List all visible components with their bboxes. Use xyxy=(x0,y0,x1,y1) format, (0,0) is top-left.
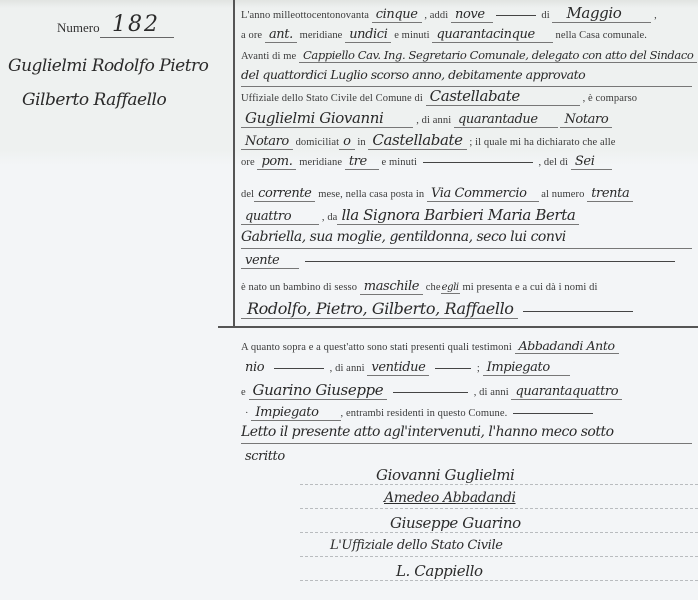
signature-witness-1: Amedeo Abbadandi xyxy=(384,490,516,506)
body-line-2: a ore ant. meridiane undici e minuti qua… xyxy=(241,24,694,45)
body-line-5: Uffiziale dello Stato Civile del Comune … xyxy=(241,86,694,107)
section-divider-horizontal xyxy=(218,326,698,328)
margin-name-line2: Gilberto Raffaello xyxy=(22,90,166,110)
year-handwritten: cinque xyxy=(372,7,422,23)
body-line-9: delcorrente mese, nella casa posta in Vi… xyxy=(241,183,694,204)
body-line-8: ore pom. meridiane tre e minuti , del dì… xyxy=(241,151,694,172)
signature-officer: L. Cappiello xyxy=(396,562,483,580)
body-line-7: Notaro domiciliato in Castellabate ; il … xyxy=(241,130,694,151)
witness2-name: Guarino Giuseppe xyxy=(249,381,388,400)
numero-label: Numero xyxy=(57,20,100,36)
document-page: Numero 182 Guglielmi Rodolfo Pietro Gilb… xyxy=(0,0,698,600)
body-line-20: scritto xyxy=(241,446,694,467)
comune-handwritten: Castellabate xyxy=(426,87,580,106)
body-line-14: Rodolfo, Pietro, Gilberto, Raffaello xyxy=(241,298,694,319)
body-line-18: · Impiegato, entrambi residenti in quest… xyxy=(241,402,694,423)
body-line-16: nio , di anni ventidue ; Impiegato xyxy=(241,357,694,378)
day-handwritten: nove xyxy=(451,7,493,23)
column-divider-vertical xyxy=(233,0,235,327)
body-line-4: del quattordici Luglio scorso anno, debi… xyxy=(241,64,692,87)
body-line-12: vente xyxy=(241,250,694,271)
body-line-17: e Guarino Giuseppe , di anni quarantaqua… xyxy=(241,380,694,401)
signature-officer-title: L'Uffiziale dello Stato Civile xyxy=(330,538,503,553)
signature-declarant: Giovanni Guglielmi xyxy=(376,466,514,484)
body-line-15: A quanto sopra e a quest'atto sono stati… xyxy=(241,335,694,356)
witness1-name: Abbadandi Anto xyxy=(515,338,619,354)
margin-name-line1: Guglielmi Rodolfo Pietro xyxy=(8,56,208,76)
month-handwritten: Maggio xyxy=(552,4,651,23)
child-names: Rodolfo, Pietro, Gilberto, Raffaello xyxy=(241,299,518,319)
signature-witness-2: Giuseppe Guarino xyxy=(390,514,521,532)
body-line-11: Gabriella, sua moglie, gentildonna, seco… xyxy=(241,226,692,249)
body-line-6: Guglielmi Giovanni , di anni quarantadue… xyxy=(241,108,694,129)
body-line-10: quattro , dalla Signora Barbieri Maria B… xyxy=(241,205,694,226)
record-number: 182 xyxy=(100,12,174,38)
body-line-3: Avanti di me Cappiello Cav. Ing. Segreta… xyxy=(241,45,694,66)
declarant-name: Guglielmi Giovanni xyxy=(241,109,413,128)
mother-name: lla Signora Barbieri Maria Berta xyxy=(337,206,579,225)
body-line-19: Letto il presente atto agl'intervenuti, … xyxy=(241,421,692,444)
body-line-1: L'anno milleottocentonovanta cinque , ad… xyxy=(241,3,694,24)
sex-handwritten: maschile xyxy=(360,279,423,295)
body-line-13: è nato un bambino di sesso maschile chee… xyxy=(241,276,694,297)
